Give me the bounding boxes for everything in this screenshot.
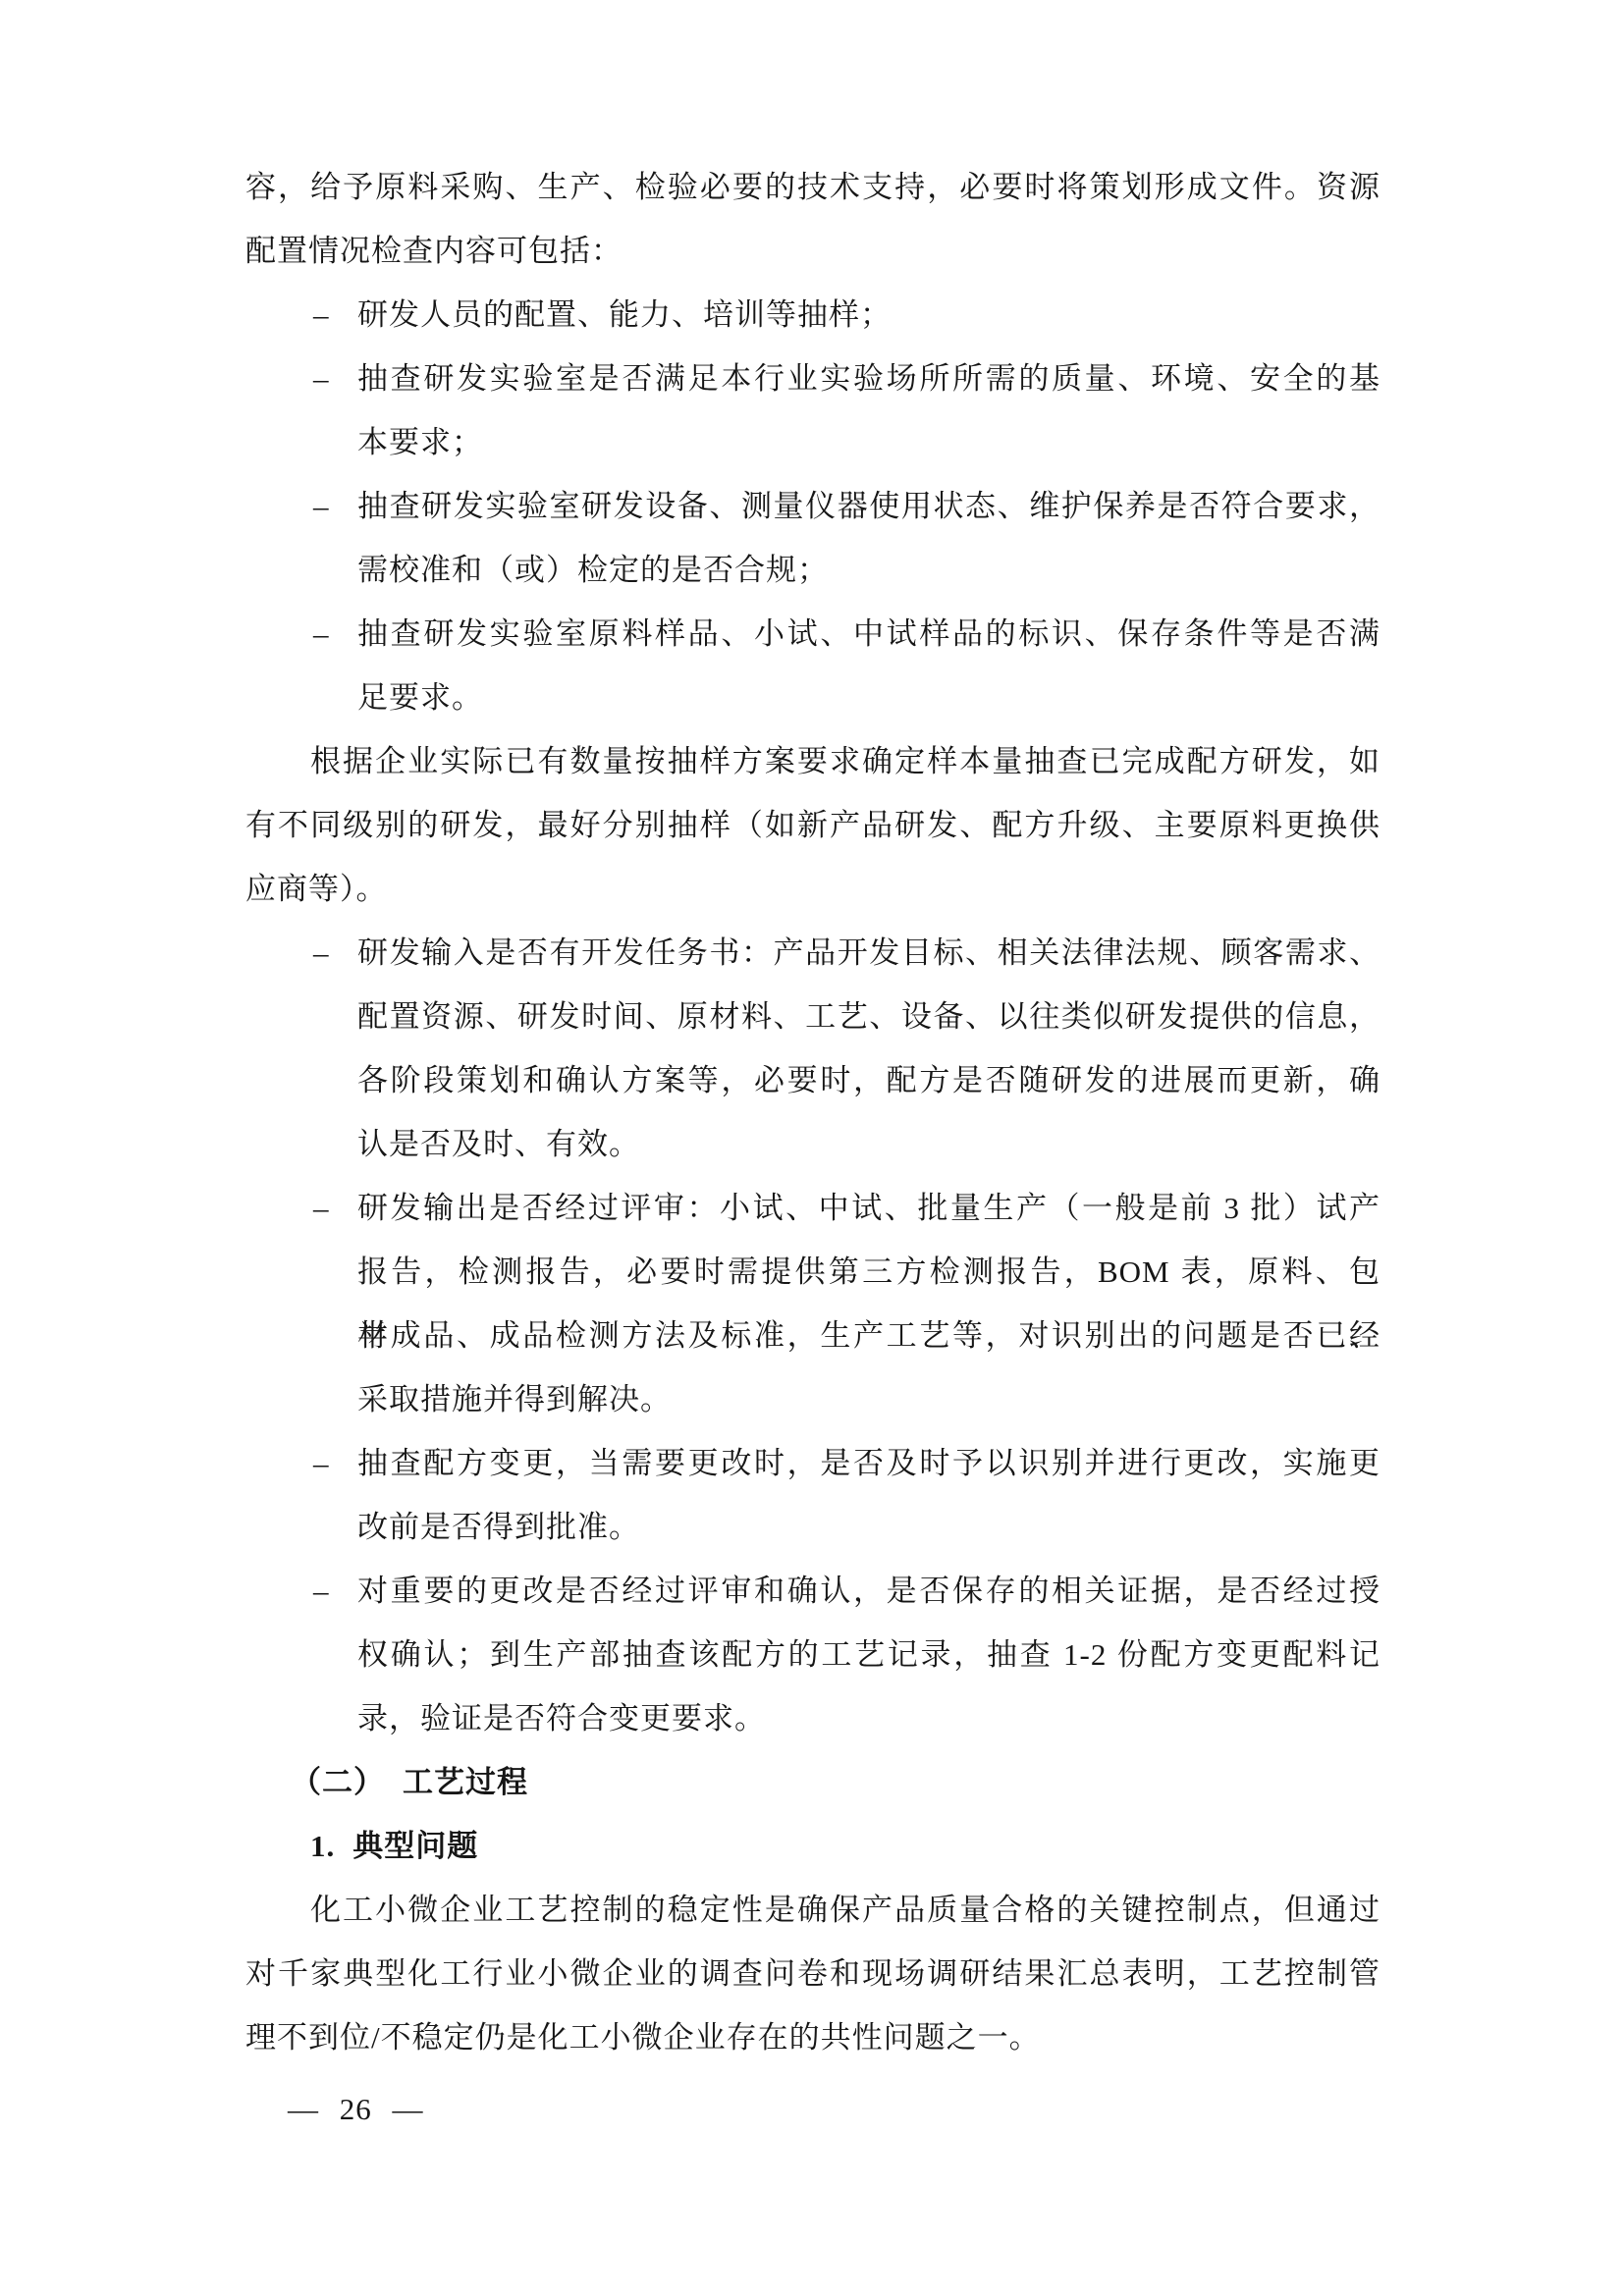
- bullet-line: 权确认；到生产部抽查该配方的工艺记录，抽查 1-2 份配方变更配料记: [245, 1623, 1380, 1686]
- bullet-dash-icon: –: [313, 347, 329, 410]
- line-text: 半成品、成品检测方法及标准，生产工艺等，对识别出的问题是否已经: [357, 1318, 1380, 1353]
- line-text: 各阶段策划和确认方案等，必要时，配方是否随研发的进展而更新，确: [357, 1063, 1380, 1097]
- bullet-line: 录，验证是否符合变更要求。: [245, 1686, 1380, 1750]
- bullet-line: 半成品、成品检测方法及标准，生产工艺等，对识别出的问题是否已经: [245, 1304, 1380, 1367]
- bullet-line: –抽查配方变更，当需要更改时，是否及时予以识别并进行更改，实施更: [245, 1431, 1380, 1495]
- bullet-line: 配置资源、研发时间、原材料、工艺、设备、以往类似研发提供的信息，: [245, 985, 1380, 1048]
- line-text: 抽查研发实验室原料样品、小试、中试样品的标识、保存条件等是否满: [357, 616, 1380, 651]
- section-heading: （二）工艺过程: [245, 1750, 1380, 1814]
- bullet-line: –研发输出是否经过评审：小试、中试、批量生产（一般是前 3 批）试产: [245, 1176, 1380, 1240]
- line-text: 需校准和（或）检定的是否合规；: [357, 553, 829, 587]
- line-text: 工艺过程: [403, 1765, 528, 1799]
- line-text: 本要求；: [357, 425, 483, 459]
- paragraph-line: 配置情况检查内容可包括：: [245, 219, 1380, 283]
- line-text: 配置情况检查内容可包括：: [245, 234, 623, 268]
- bullet-dash-icon: –: [313, 283, 329, 347]
- paragraph-line: 容，给予原料采购、生产、检验必要的技术支持，必要时将策划形成文件。资源: [245, 155, 1380, 219]
- line-text: 抽查研发实验室是否满足本行业实验场所所需的质量、环境、安全的基: [357, 361, 1380, 396]
- line-text: 有不同级别的研发，最好分别抽样（如新产品研发、配方升级、主要原料更换供: [245, 808, 1380, 842]
- line-text: 配置资源、研发时间、原材料、工艺、设备、以往类似研发提供的信息，: [357, 999, 1380, 1034]
- paragraph-line: 根据企业实际已有数量按抽样方案要求确定样本量抽查已完成配方研发，如: [245, 729, 1380, 793]
- bullet-line: 需校准和（或）检定的是否合规；: [245, 538, 1380, 602]
- line-text: 足要求。: [357, 680, 483, 715]
- bullet-dash-icon: –: [313, 474, 329, 538]
- paragraph-line: 有不同级别的研发，最好分别抽样（如新产品研发、配方升级、主要原料更换供: [245, 793, 1380, 857]
- line-text: 改前是否得到批准。: [357, 1510, 640, 1544]
- line-text: 典型问题: [352, 1829, 478, 1863]
- line-text: 研发输入是否有开发任务书：产品开发目标、相关法律法规、顾客需求、: [357, 935, 1380, 970]
- line-text: 根据企业实际已有数量按抽样方案要求确定样本量抽查已完成配方研发，如: [310, 744, 1380, 778]
- line-text: 对千家典型化工行业小微企业的调查问卷和现场调研结果汇总表明，工艺控制管: [245, 1956, 1380, 1991]
- bullet-line: 本要求；: [245, 410, 1380, 474]
- bullet-line: 认是否及时、有效。: [245, 1112, 1380, 1176]
- bullet-line: –对重要的更改是否经过评审和确认，是否保存的相关证据，是否经过授: [245, 1559, 1380, 1623]
- bullet-line: –抽查研发实验室是否满足本行业实验场所所需的质量、环境、安全的基: [245, 347, 1380, 410]
- line-text: 权确认；到生产部抽查该配方的工艺记录，抽查 1-2 份配方变更配料记: [357, 1637, 1380, 1672]
- document-page: 容，给予原料采购、生产、检验必要的技术支持，必要时将策划形成文件。资源配置情况检…: [0, 0, 1624, 2296]
- paragraph-line: 对千家典型化工行业小微企业的调查问卷和现场调研结果汇总表明，工艺控制管: [245, 1942, 1380, 2005]
- subsection-heading: 1.典型问题: [245, 1814, 1380, 1878]
- bullet-dash-icon: –: [313, 921, 329, 985]
- line-text: 录，验证是否符合变更要求。: [357, 1701, 766, 1735]
- bullet-line: 足要求。: [245, 666, 1380, 729]
- line-text: 研发输出是否经过评审：小试、中试、批量生产（一般是前 3 批）试产: [357, 1191, 1380, 1225]
- line-text: 容，给予原料采购、生产、检验必要的技术支持，必要时将策划形成文件。资源: [245, 170, 1380, 204]
- bullet-dash-icon: –: [313, 1431, 329, 1495]
- paragraph-line: 理不到位/不稳定仍是化工小微企业存在的共性问题之一。: [245, 2005, 1380, 2069]
- line-text: 应商等）。: [245, 872, 388, 906]
- bullet-dash-icon: –: [313, 1176, 329, 1240]
- bullet-line: 采取措施并得到解决。: [245, 1367, 1380, 1431]
- line-text: 采取措施并得到解决。: [357, 1382, 672, 1416]
- line-text: 研发人员的配置、能力、培训等抽样；: [357, 297, 892, 332]
- bullet-line: –研发输入是否有开发任务书：产品开发目标、相关法律法规、顾客需求、: [245, 921, 1380, 985]
- heading-number: 1.: [310, 1829, 335, 1863]
- bullet-line: 报告，检测报告，必要时需提供第三方检测报告，BOM 表，原料、包材、: [245, 1240, 1380, 1304]
- bullet-line: 改前是否得到批准。: [245, 1495, 1380, 1559]
- bullet-line: 各阶段策划和确认方案等，必要时，配方是否随研发的进展而更新，确: [245, 1048, 1380, 1112]
- line-text: 认是否及时、有效。: [357, 1127, 640, 1161]
- paragraph-line: 应商等）。: [245, 857, 1380, 921]
- bullet-dash-icon: –: [313, 1559, 329, 1623]
- heading-number: （二）: [291, 1765, 385, 1799]
- bullet-line: –抽查研发实验室研发设备、测量仪器使用状态、维护保养是否符合要求，: [245, 474, 1380, 538]
- bullet-line: –抽查研发实验室原料样品、小试、中试样品的标识、保存条件等是否满: [245, 602, 1380, 666]
- line-text: 理不到位/不稳定仍是化工小微企业存在的共性问题之一。: [245, 2020, 1041, 2055]
- bullet-line: –研发人员的配置、能力、培训等抽样；: [245, 283, 1380, 347]
- line-text: 化工小微企业工艺控制的稳定性是确保产品质量合格的关键控制点，但通过: [310, 1893, 1380, 1927]
- line-text: 对重要的更改是否经过评审和确认，是否保存的相关证据，是否经过授: [357, 1574, 1380, 1608]
- bullet-dash-icon: –: [313, 602, 329, 666]
- page-number: — 26 —: [288, 2085, 424, 2134]
- line-text: 抽查研发实验室研发设备、测量仪器使用状态、维护保养是否符合要求，: [357, 489, 1380, 523]
- line-text: 抽查配方变更，当需要更改时，是否及时予以识别并进行更改，实施更: [357, 1446, 1380, 1480]
- paragraph-line: 化工小微企业工艺控制的稳定性是确保产品质量合格的关键控制点，但通过: [245, 1878, 1380, 1942]
- text-content: 容，给予原料采购、生产、检验必要的技术支持，必要时将策划形成文件。资源配置情况检…: [245, 155, 1380, 2069]
